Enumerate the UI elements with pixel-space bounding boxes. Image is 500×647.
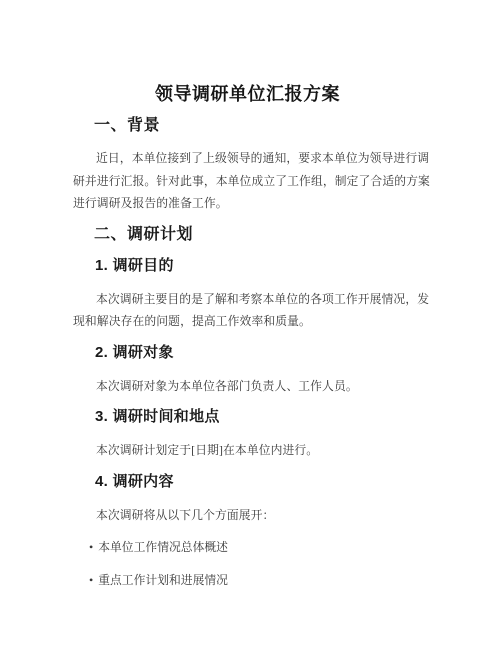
paragraph-line: 现和解决存在的问题，提高工作效率和质量。 bbox=[73, 310, 422, 333]
subheading-research-purpose: 1. 调研目的 bbox=[73, 256, 422, 276]
research-content-paragraph: 本次调研将从以下几个方面展开： bbox=[73, 504, 422, 527]
document-title: 领导调研单位汇报方案 bbox=[73, 82, 422, 106]
subheading-research-content: 4. 调研内容 bbox=[73, 472, 422, 492]
bullet-marker: • bbox=[89, 536, 93, 559]
paragraph-line: 本次调研主要目的是了解和考察本单位的各项工作开展情况，发 bbox=[73, 288, 422, 311]
research-purpose-paragraph: 本次调研主要目的是了解和考察本单位的各项工作开展情况，发 现和解决存在的问题，提… bbox=[73, 288, 422, 333]
section-heading-research-plan: 二、调研计划 bbox=[73, 225, 422, 245]
subheading-research-time-place: 3. 调研时间和地点 bbox=[73, 407, 422, 427]
paragraph-line: 进行调研及报告的准备工作。 bbox=[73, 192, 422, 215]
bullet-item: •重点工作计划和进展情况 bbox=[73, 569, 422, 592]
research-target-paragraph: 本次调研对象为本单位各部门负责人、工作人员。 bbox=[73, 375, 422, 398]
paragraph-line: 本次调研对象为本单位各部门负责人、工作人员。 bbox=[73, 375, 422, 398]
bullet-text: 本单位工作情况总体概述 bbox=[98, 540, 228, 554]
document-page: 领导调研单位汇报方案 一、背景 近日，本单位接到了上级领导的通知，要求本单位为领… bbox=[0, 0, 500, 647]
background-paragraph: 近日，本单位接到了上级领导的通知，要求本单位为领导进行调 研并进行汇报。针对此事… bbox=[73, 147, 422, 215]
subheading-research-target: 2. 调研对象 bbox=[73, 343, 422, 363]
section-heading-background: 一、背景 bbox=[73, 116, 422, 136]
paragraph-line: 研并进行汇报。针对此事，本单位成立了工作组，制定了合适的方案 bbox=[73, 170, 422, 193]
bullet-text: 重点工作计划和进展情况 bbox=[98, 573, 228, 587]
bullet-marker: • bbox=[89, 569, 93, 592]
paragraph-line: 近日，本单位接到了上级领导的通知，要求本单位为领导进行调 bbox=[73, 147, 422, 170]
paragraph-line: 本次调研将从以下几个方面展开： bbox=[73, 504, 422, 527]
paragraph-line: 本次调研计划定于[日期]在本单位内进行。 bbox=[73, 439, 422, 462]
research-time-place-paragraph: 本次调研计划定于[日期]在本单位内进行。 bbox=[73, 439, 422, 462]
bullet-item: •本单位工作情况总体概述 bbox=[73, 536, 422, 559]
